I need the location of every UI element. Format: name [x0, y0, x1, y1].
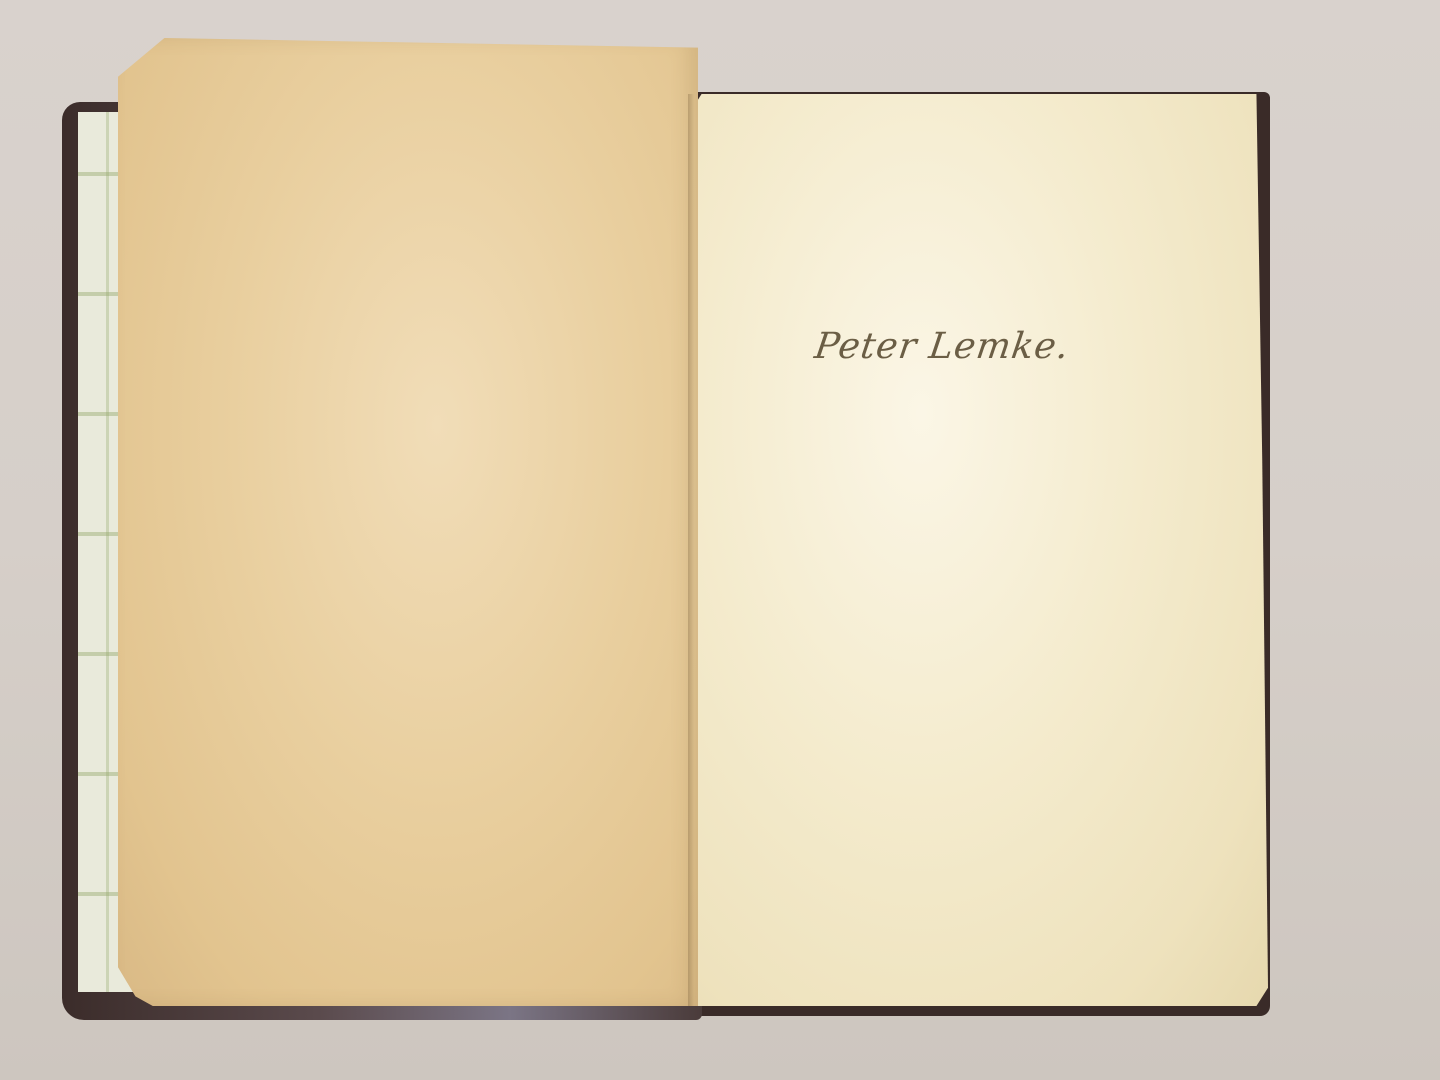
photo-scene: Peter Lemke.: [0, 0, 1440, 1080]
right-page: [690, 94, 1268, 1006]
book-gutter: [688, 94, 694, 1006]
handwritten-inscription: Peter Lemke.: [812, 326, 1072, 367]
left-page: [118, 38, 698, 1006]
